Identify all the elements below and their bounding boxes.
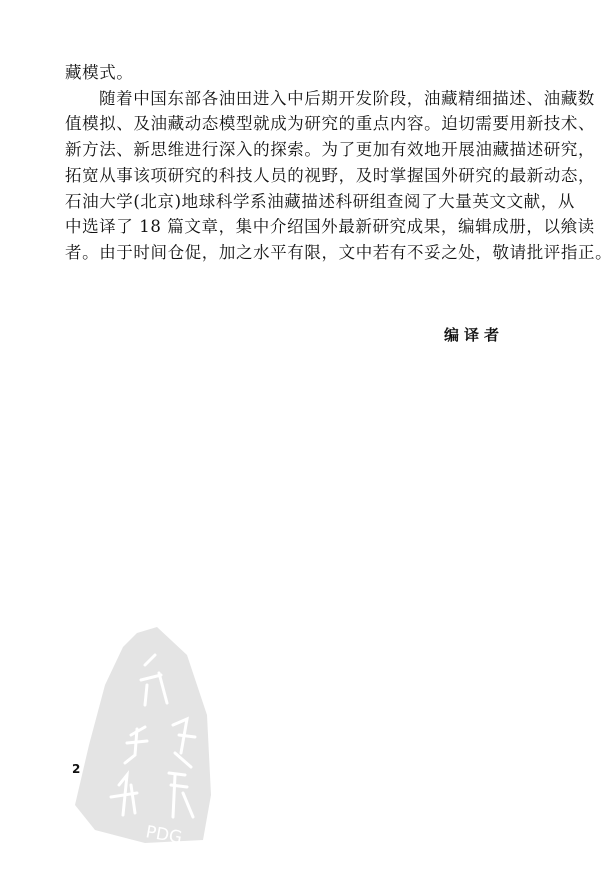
seal-watermark: PDG <box>75 625 215 845</box>
preface-body: 藏模式。 随着中国东部各油田进入中后期开发阶段，油藏精细描述、油藏数 值模拟、及… <box>65 60 535 266</box>
text-line: 石油大学(北京)地球科学系油藏描述科研组查阅了大量英文文献，从 <box>65 189 535 215</box>
text-line: 新方法、新思维进行深入的探索。为了更加有效地开展油藏描述研究， <box>65 137 535 163</box>
document-page: 藏模式。 随着中国东部各油田进入中后期开发阶段，油藏精细描述、油藏数 值模拟、及… <box>0 0 607 880</box>
signature: 编译者 <box>444 324 504 345</box>
text-line: 拓宽从事该项研究的科技人员的视野，及时掌握国外研究的最新动态， <box>65 163 535 189</box>
text-line: 藏模式。 <box>65 60 535 86</box>
seal-stamp-icon: PDG <box>75 625 215 845</box>
text-line: 者。由于时间仓促，加之水平有限，文中若有不妥之处，敬请批评指正。 <box>65 240 535 266</box>
text-line: 中选译了 18 篇文章，集中介绍国外最新研究成果，编辑成册，以飨读 <box>65 214 535 240</box>
text-line: 随着中国东部各油田进入中后期开发阶段，油藏精细描述、油藏数 <box>65 86 535 112</box>
text-line: 值模拟、及油藏动态模型就成为研究的重点内容。迫切需要用新技术、 <box>65 111 535 137</box>
